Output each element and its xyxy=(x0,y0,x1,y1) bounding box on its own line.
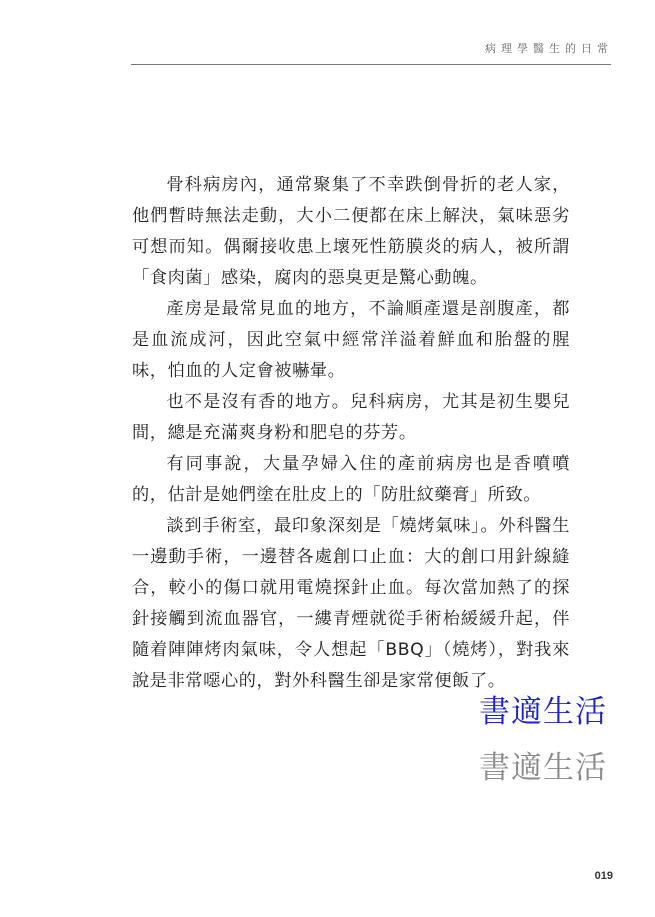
paragraph: 談到手術室，最印象深刻是「燒烤氣味」。外科醫生一邊動手術，一邊替各處創口止血：大… xyxy=(132,511,570,697)
header-rule xyxy=(131,64,611,65)
body-text: 骨科病房內，通常聚集了不幸跌倒骨折的老人家，他們暫時無法走動，大小二便都在床上解… xyxy=(132,170,570,697)
paragraph: 骨科病房內，通常聚集了不幸跌倒骨折的老人家，他們暫時無法走動，大小二便都在床上解… xyxy=(132,170,570,294)
paragraph: 有同事說，大量孕婦入住的產前病房也是香噴噴的，估計是她們塗在肚皮上的「防肚紋藥膏… xyxy=(132,449,570,511)
watermark-blue: 書適生活 xyxy=(479,686,607,731)
page-number: 019 xyxy=(595,870,613,882)
watermark-grey: 書適生活 xyxy=(479,742,607,787)
running-head: 病理學醫生的日常 xyxy=(485,40,613,56)
paragraph: 產房是最常見血的地方，不論順產還是剖腹產，都是血流成河，因此空氣中經常洋溢着鮮血… xyxy=(132,294,570,387)
paragraph: 也不是沒有香的地方。兒科病房，尤其是初生嬰兒間，總是充滿爽身粉和肥皂的芬芳。 xyxy=(132,387,570,449)
